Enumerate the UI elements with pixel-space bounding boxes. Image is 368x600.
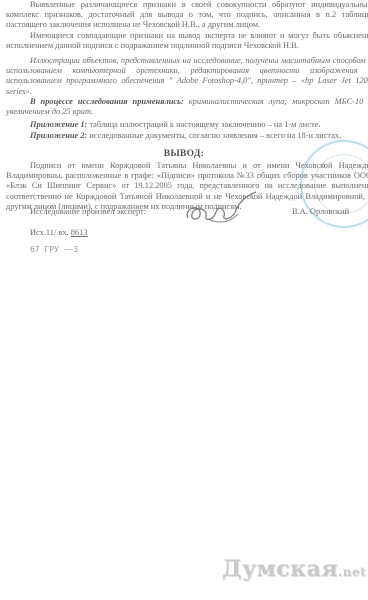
expert-label: Исследование произвел эксперт: [30,207,146,216]
appendix-1-label: Приложение 1: [30,120,87,129]
paragraph-differences: Выявленные различающиеся признаки в свое… [6,0,368,31]
watermark-brand: Думская [222,556,338,582]
paragraph-tools: В процессе исследования применялись: кри… [6,97,368,117]
outgoing-number: 8613 [71,228,88,237]
handwritten-note: 67 ГРУ ~~3 [30,245,78,254]
appendix-1: Приложение 1: таблица иллюстраций к наст… [6,120,368,130]
appendix-2-label: Приложение 2: [30,131,87,140]
outgoing-prefix: Исх.11/ вх. [30,228,69,237]
tools-label: В процессе исследования применялись: [30,97,184,106]
signature-icon [180,190,260,230]
outgoing-reference: Исх.11/ вх. 8613 [30,228,88,237]
appendix-2-text: исследованные документы, согласно заявле… [87,131,341,140]
expert-name: В.А. Орловский [292,207,349,216]
paragraph-matches: Имеющиеся совпадающие признаки на вывод … [6,31,368,51]
paragraph-illustrations: Иллюстрации объектов, представленных на … [6,56,368,97]
dumskaya-watermark: Думская.net [222,556,366,582]
watermark-tld: .net [338,565,366,579]
appendix-2: Приложение 2: исследованные документы, с… [6,131,368,141]
appendix-1-text: таблица иллюстраций к настоящему заключе… [87,120,320,129]
conclusion-title: ВЫВОД: [0,149,368,159]
document-page: Выявленные различающиеся признаки в свое… [0,0,368,600]
